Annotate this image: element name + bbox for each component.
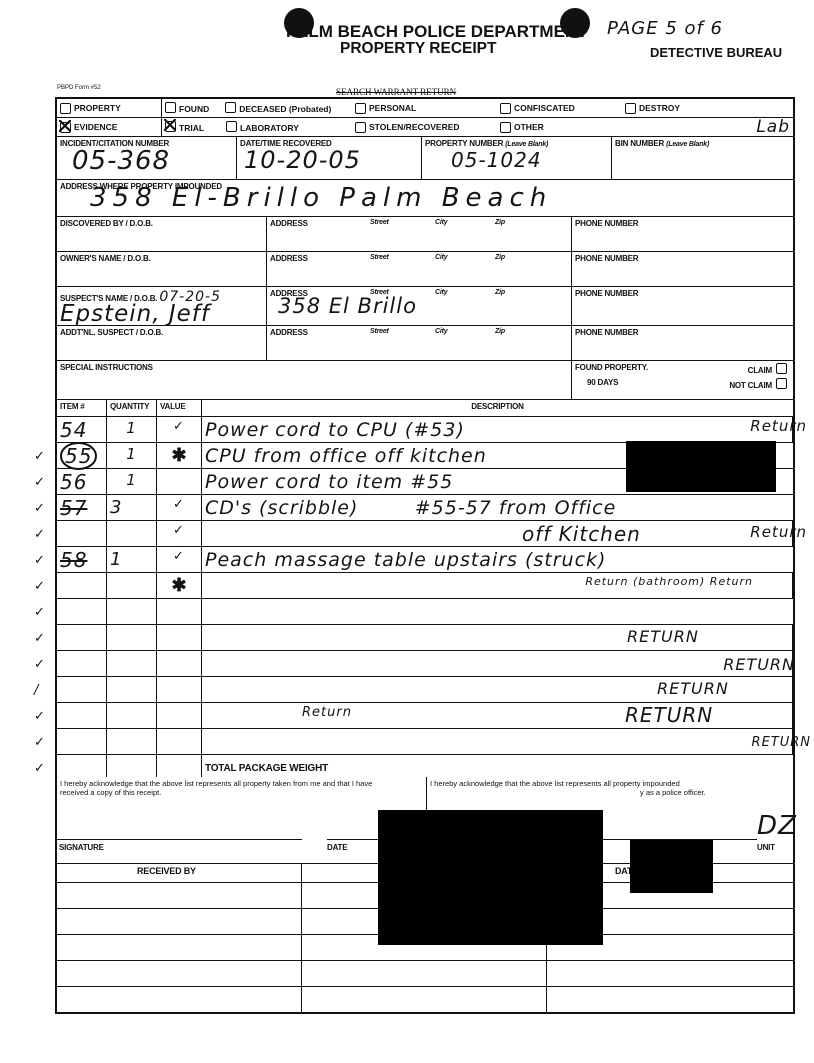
table-row[interactable]: ✓ off Kitchen Return — [57, 521, 793, 547]
special-instructions-field[interactable]: SPECIAL INSTRUCTIONS — [57, 361, 572, 399]
checkbox-personal[interactable]: PERSONAL — [352, 99, 497, 117]
signature-label: SIGNATURE — [59, 843, 104, 852]
address-impounded-field[interactable]: ADDRESS WHERE PROPERTY IMPOUNDED 358 El-… — [57, 180, 793, 216]
owner-name-field[interactable]: OWNER'S NAME / D.O.B. — [57, 252, 267, 286]
margin-check-marks: ✓✓✓✓✓✓✓✓✓/✓✓✓ — [34, 444, 46, 782]
suspect-address-field[interactable]: ADDRESSStreetCityZip 358 El Brillo — [267, 287, 572, 325]
form-number: PBPD Form #52 — [57, 85, 101, 91]
checkbox-property[interactable]: PROPERTY — [57, 99, 162, 117]
checkbox-row-2: EVIDENCE TRIAL LABORATORY STOLEN/RECOVER… — [57, 118, 793, 137]
total-package-weight-label: TOTAL PACKAGE WEIGHT — [202, 755, 793, 777]
agency-title: PALM BEACH POLICE DEPARTMENT — [286, 22, 588, 42]
table-row[interactable]: 54 1 ✓ Power cord to CPU (#53) Return — [57, 417, 793, 443]
bin-number-field[interactable]: BIN NUMBER (Leave Blank) — [612, 137, 793, 179]
owner-row: OWNER'S NAME / D.O.B. ADDRESSStreetCityZ… — [57, 252, 793, 287]
found-property-field: FOUND PROPERTY.CLAIM 90 DAYSNOT CLAIM — [572, 361, 793, 399]
addtl-suspect-row: ADDT'NL. SUSPECT / D.O.B. ADDRESSStreetC… — [57, 326, 793, 361]
owner-address-field[interactable]: ADDRESSStreetCityZip — [267, 252, 572, 286]
received-row[interactable] — [57, 987, 793, 1012]
claim-checkbox[interactable]: CLAIM — [748, 363, 790, 375]
header-value: VALUE — [157, 400, 202, 416]
date-label: DATE — [327, 843, 347, 852]
checkbox-trial[interactable]: TRIAL — [165, 121, 204, 133]
table-row[interactable]: RETURN — [57, 651, 793, 677]
suspect-row: SUSPECT'S NAME / D.O.B. 07-20-5 Epstein,… — [57, 287, 793, 326]
discovered-phone-field[interactable]: PHONE NUMBER — [572, 217, 793, 251]
checked-box-icon[interactable] — [60, 122, 71, 133]
redaction-block — [626, 441, 776, 492]
table-row[interactable]: 58 1 ✓ Peach massage table upstairs (str… — [57, 547, 793, 573]
date-recovered-field[interactable]: DATE/TIME RECOVERED 10-20-05 — [237, 137, 422, 179]
checkbox-other[interactable]: OTHER — [497, 118, 622, 136]
checkbox-destroy[interactable]: DESTROY — [622, 99, 793, 117]
struck-subtitle: SEARCH WARRANT RETURN — [336, 87, 456, 97]
received-by-header: RECEIVED BY — [57, 864, 302, 882]
discovered-by-row: DISCOVERED BY / D.O.B. ADDRESSStreetCity… — [57, 217, 793, 252]
checkbox-group-b: TRIAL LABORATORY — [162, 118, 352, 136]
redaction-block — [378, 810, 603, 945]
table-row[interactable]: RETURN — [57, 625, 793, 651]
total-weight-row: TOTAL PACKAGE WEIGHT — [57, 755, 793, 777]
items-header-row: ITEM # QUANTITY VALUE DESCRIPTION — [57, 400, 793, 417]
discovered-address-field[interactable]: ADDRESSStreetCityZip — [267, 217, 572, 251]
table-row[interactable]: ✱ Return (bathroom) Return — [57, 573, 793, 599]
special-instructions-row: SPECIAL INSTRUCTIONS FOUND PROPERTY.CLAI… — [57, 361, 793, 400]
addtl-suspect-phone-field[interactable]: PHONE NUMBER — [572, 326, 793, 360]
form-title: PROPERTY RECEIPT — [340, 40, 496, 58]
other-value[interactable]: Lab — [622, 118, 793, 136]
checkbox-group-a: FOUND DECEASED (Probated) — [162, 99, 352, 117]
checkbox-confiscated[interactable]: CONFISCATED — [497, 99, 622, 117]
redaction-block — [630, 840, 713, 893]
addtl-suspect-address-field[interactable]: ADDRESSStreetCityZip — [267, 326, 572, 360]
header-quantity: QUANTITY — [107, 400, 157, 416]
table-row[interactable]: RETURN — [57, 729, 793, 755]
table-row[interactable]: 57 3 ✓ CD's (scribble) #55-57 from Offic… — [57, 495, 793, 521]
page-note: PAGE 5 of 6 — [607, 18, 723, 39]
discovered-by-field[interactable]: DISCOVERED BY / D.O.B. — [57, 217, 267, 251]
acknowledgement-left: I hereby acknowledge that the above list… — [57, 777, 427, 863]
property-number-field[interactable]: PROPERTY NUMBER (Leave Blank) 05-1024 — [422, 137, 612, 179]
bureau-title: DETECTIVE BUREAU — [650, 45, 782, 60]
checkbox-icon[interactable] — [60, 103, 71, 114]
checkbox-found[interactable]: FOUND — [165, 102, 209, 114]
incident-number-field[interactable]: INCIDENT/CITATION NUMBER 05-368 — [57, 137, 237, 179]
checkbox-laboratory[interactable]: LABORATORY — [226, 121, 299, 133]
not-claim-checkbox[interactable]: NOT CLAIM — [729, 378, 790, 390]
header-description: DESCRIPTION — [202, 400, 793, 416]
suspect-phone-field[interactable]: PHONE NUMBER — [572, 287, 793, 325]
owner-phone-field[interactable]: PHONE NUMBER — [572, 252, 793, 286]
incident-row: INCIDENT/CITATION NUMBER 05-368 DATE/TIM… — [57, 137, 793, 180]
unit-label: UNIT — [757, 843, 775, 852]
officer-initials: DZ — [757, 811, 797, 841]
checkbox-stolen-recovered[interactable]: STOLEN/RECOVERED — [352, 118, 497, 136]
received-row[interactable] — [57, 961, 793, 987]
table-row[interactable]: RETURN — [57, 677, 793, 703]
table-row[interactable] — [57, 599, 793, 625]
addtl-suspect-field[interactable]: ADDT'NL. SUSPECT / D.O.B. — [57, 326, 267, 360]
checkbox-deceased[interactable]: DECEASED (Probated) — [225, 102, 331, 114]
address-impounded-row: ADDRESS WHERE PROPERTY IMPOUNDED 358 El-… — [57, 180, 793, 217]
checkbox-row-1: PROPERTY FOUND DECEASED (Probated) PERSO… — [57, 99, 793, 118]
header-item: ITEM # — [57, 400, 107, 416]
table-row[interactable]: Return RETURN — [57, 703, 793, 729]
checkbox-evidence[interactable]: EVIDENCE — [57, 118, 162, 136]
suspect-name-field[interactable]: SUSPECT'S NAME / D.O.B. 07-20-5 Epstein,… — [57, 287, 267, 325]
